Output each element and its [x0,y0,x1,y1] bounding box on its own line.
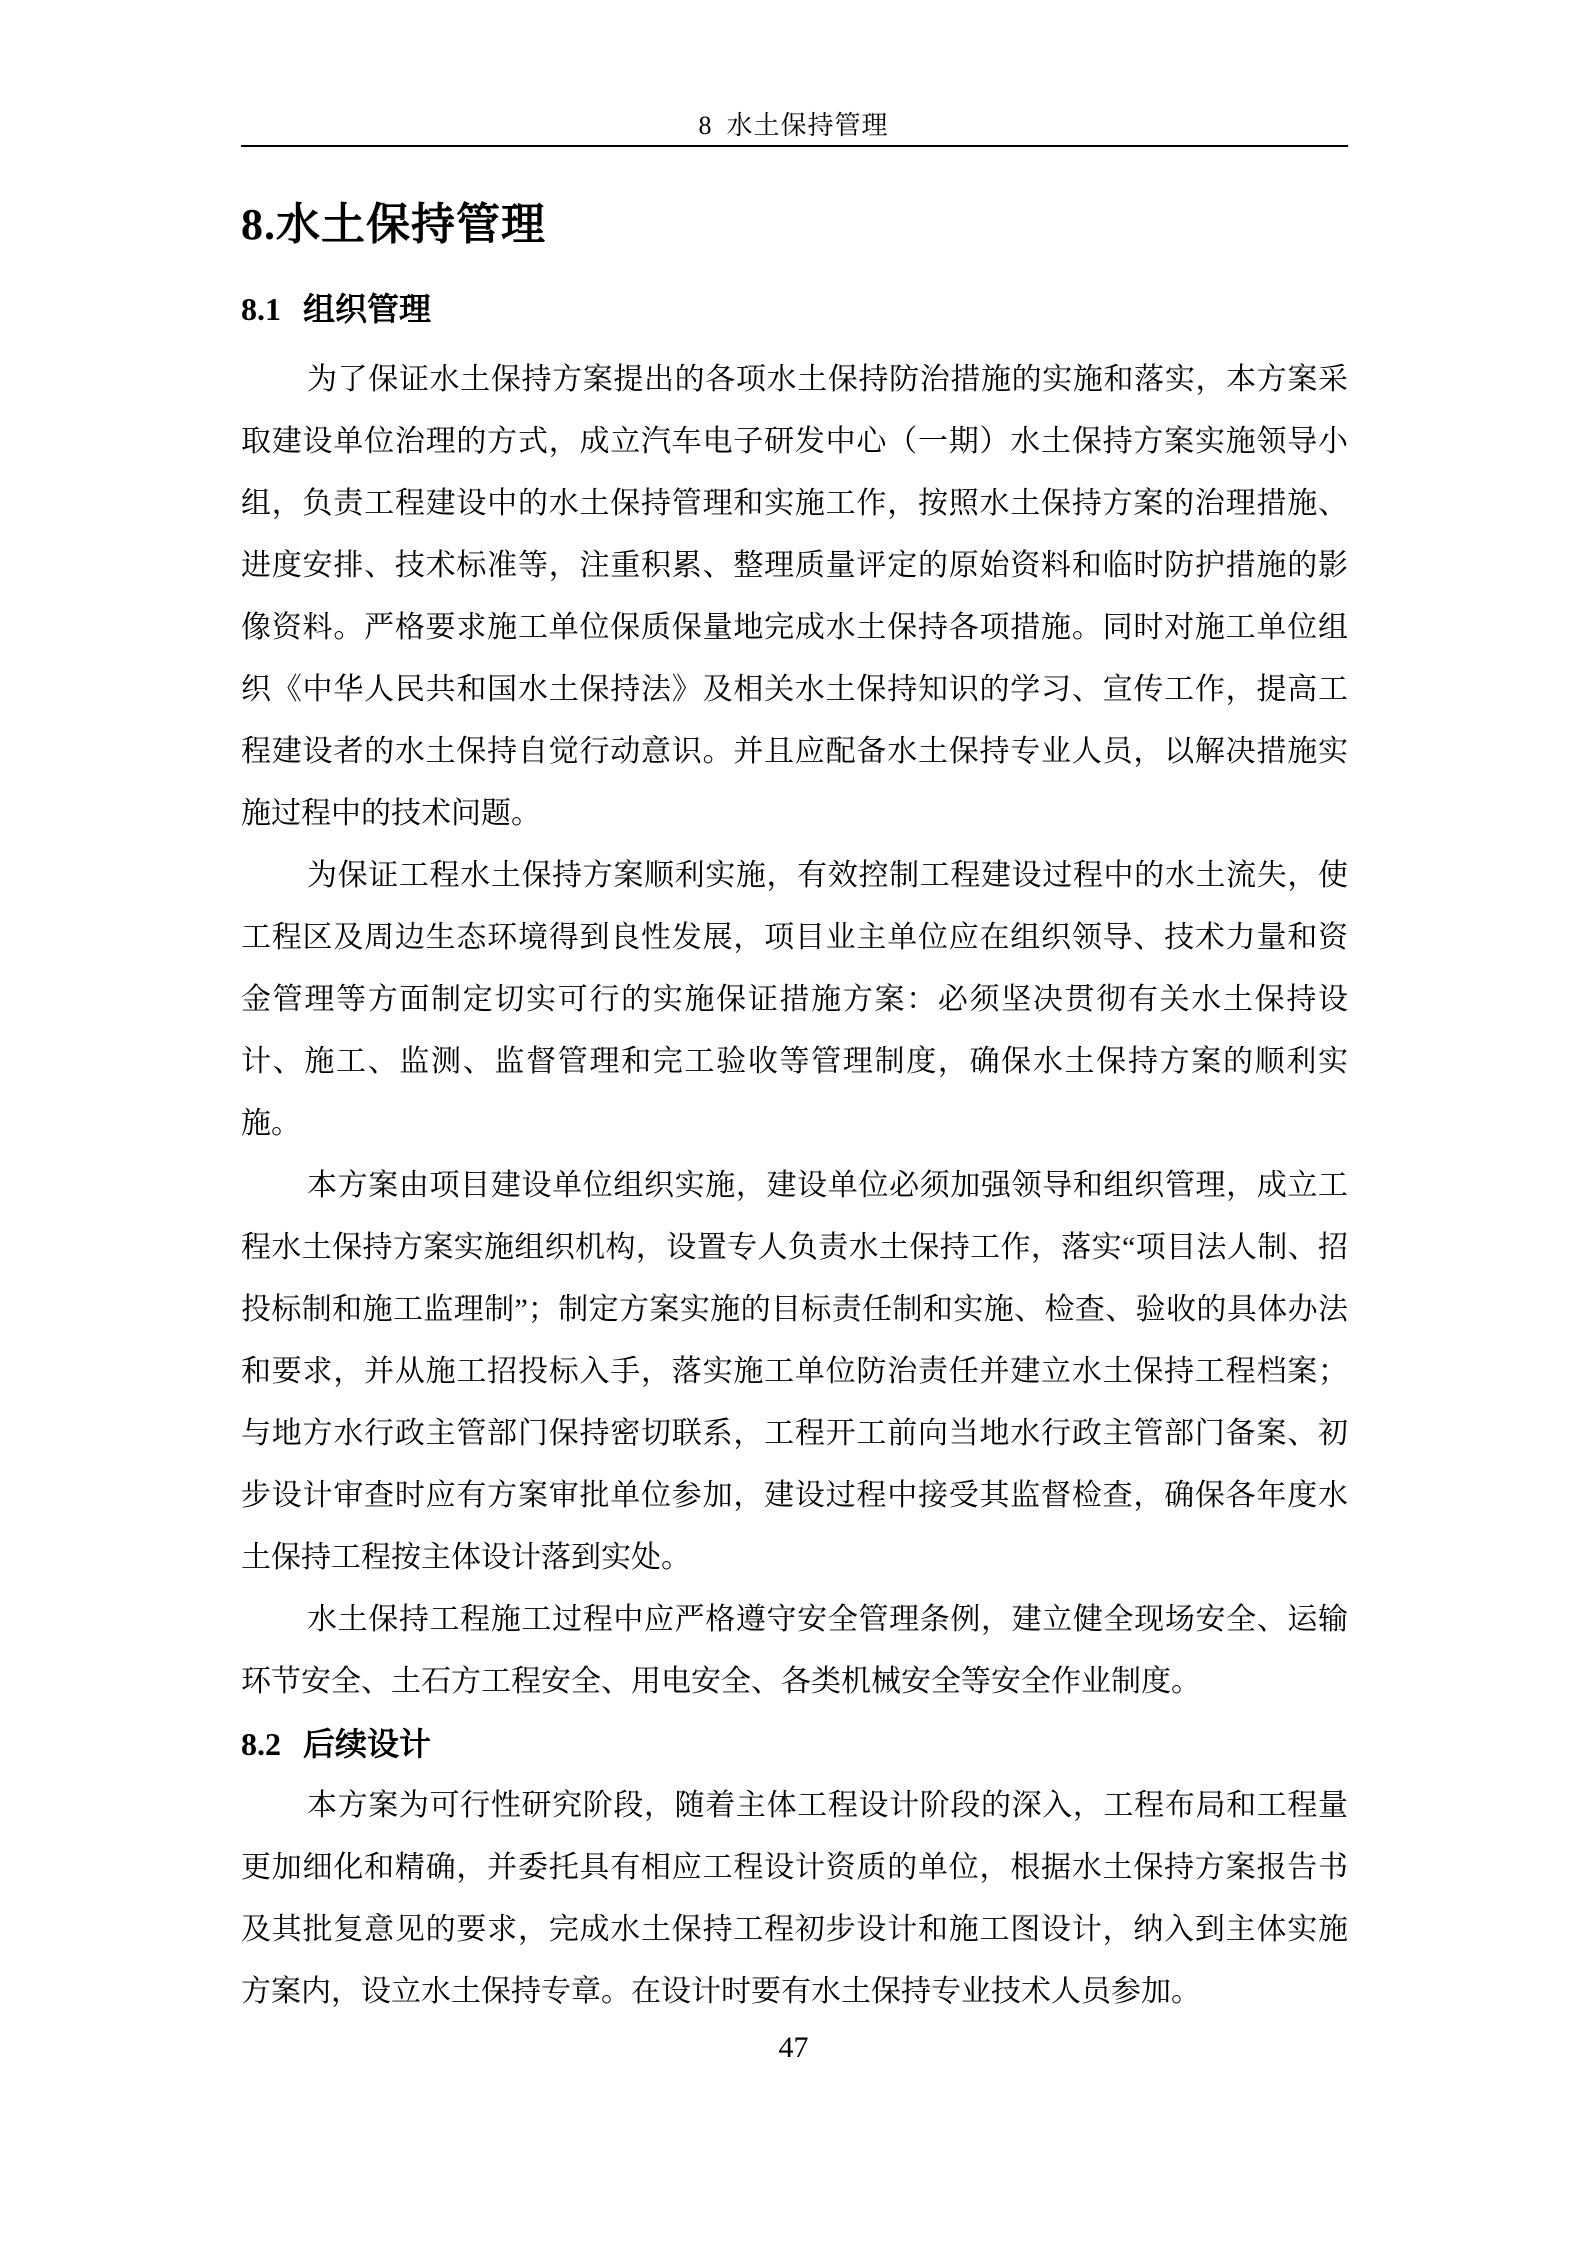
section-heading-8-2: 8.2后续设计 [241,1713,1348,1775]
section-number: 8.2 [241,1726,281,1762]
running-header-title: 水土保持管理 [726,111,888,140]
section-label: 组织管理 [303,291,431,327]
section-label: 后续设计 [303,1726,431,1762]
paragraph-5: 本方案为可行性研究阶段，随着主体工程设计阶段的深入，工程布局和工程量更加细化和精… [241,1775,1348,2023]
paragraph-4: 水土保持工程施工过程中应严格遵守安全管理条例，建立健全现场安全、运输环节安全、土… [241,1589,1348,1713]
section-heading-8-1: 8.1组织管理 [241,290,431,328]
chapter-title: 8.水土保持管理 [241,200,546,251]
running-header: 8水土保持管理 [0,113,1587,139]
page-number: 47 [0,2033,1587,2063]
running-header-chapter-number: 8 [698,111,712,140]
paragraph-3: 本方案由项目建设单位组织实施，建设单位必须加强领导和组织管理，成立工程水土保持方… [241,1155,1348,1589]
paragraph-1: 为了保证水土保持方案提出的各项水土保持防治措施的实施和落实，本方案采取建设单位治… [241,349,1348,845]
paragraph-2: 为保证工程水土保持方案顺利实施，有效控制工程建设过程中的水土流失，使工程区及周边… [241,845,1348,1155]
header-rule [241,145,1348,147]
section-number: 8.1 [241,291,281,327]
body-text: 为了保证水土保持方案提出的各项水土保持防治措施的实施和落实，本方案采取建设单位治… [241,349,1348,2023]
